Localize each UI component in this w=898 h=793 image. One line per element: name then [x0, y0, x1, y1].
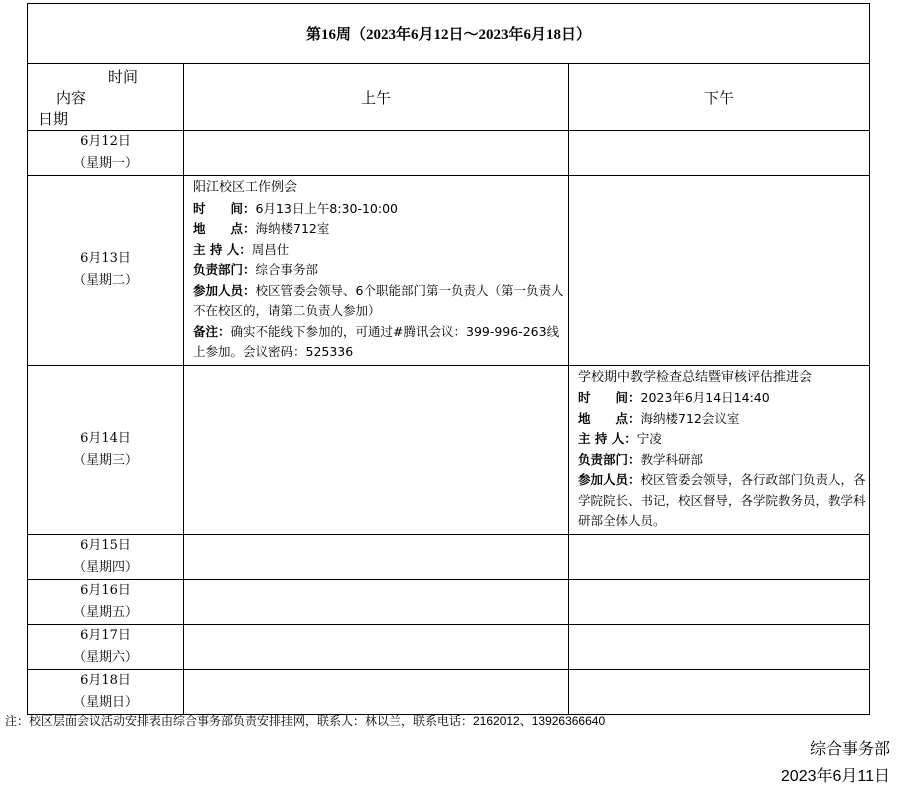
- event-time: 6月13日上午8:30-10:00: [256, 201, 398, 216]
- header-date-label: 日期: [38, 108, 68, 129]
- date: 6月14日: [28, 428, 183, 450]
- afternoon-cell: [569, 176, 870, 366]
- header-content-label: 内容: [56, 87, 86, 108]
- date: 6月17日: [28, 625, 183, 647]
- field-label: 时 间：: [578, 390, 641, 405]
- date: 6月13日: [28, 248, 183, 270]
- date-cell: 6月13日（星期二）: [28, 176, 184, 366]
- event-title: 学校期中教学检查总结暨审核评估推进会: [578, 368, 869, 389]
- morning-cell: [184, 534, 569, 579]
- date: 6月16日: [28, 580, 183, 602]
- date: 6月15日: [28, 535, 183, 557]
- table-row: 6月14日（星期三） 学校期中教学检查总结暨审核评估推进会 时 间：2023年6…: [28, 365, 870, 534]
- event-place: 海纳楼712会议室: [641, 411, 740, 426]
- field-label: 参加人员：: [578, 472, 641, 487]
- field-label: 主 持 人：: [193, 242, 252, 257]
- date-cell: 6月14日（星期三）: [28, 365, 184, 534]
- date-cell: 6月15日（星期四）: [28, 534, 184, 579]
- event-title: 阳江校区工作例会: [193, 178, 568, 199]
- field-label: 时 间：: [193, 201, 256, 216]
- event-dept: 综合事务部: [256, 262, 319, 277]
- field-label: 参加人员：: [193, 283, 256, 298]
- afternoon-cell: [569, 669, 870, 714]
- header-morning: 上午: [184, 64, 569, 131]
- afternoon-cell: [569, 624, 870, 669]
- event-time: 2023年6月14日14:40: [641, 390, 770, 405]
- schedule-table: 第16周（2023年6月12日～2023年6月18日） 时间 内容 日期 上午 …: [27, 3, 870, 715]
- event-host: 周昌仕: [252, 242, 290, 257]
- morning-cell: [184, 624, 569, 669]
- event-tue-morning: 阳江校区工作例会 时 间：6月13日上午8:30-10:00 地 点：海纳楼71…: [184, 176, 569, 366]
- event-wed-afternoon: 学校期中教学检查总结暨审核评估推进会 时 间：2023年6月14日14:40 地…: [569, 365, 870, 534]
- weekday: （星期日）: [28, 692, 183, 714]
- afternoon-cell: [569, 131, 870, 176]
- weekday: （星期三）: [28, 450, 183, 472]
- afternoon-cell: [569, 579, 870, 624]
- event-dept: 教学科研部: [641, 452, 704, 467]
- table-row: 6月17日（星期六）: [28, 624, 870, 669]
- event-remark: 确实不能线下参加的，可通过#腾讯会议：399-996-263线上参加。会议密码：…: [193, 324, 559, 360]
- schedule-title: 第16周（2023年6月12日～2023年6月18日）: [28, 4, 870, 64]
- table-row: 6月13日（星期二） 阳江校区工作例会 时 间：6月13日上午8:30-10:0…: [28, 176, 870, 366]
- table-row: 6月15日（星期四）: [28, 534, 870, 579]
- weekday: （星期四）: [28, 557, 183, 579]
- field-label: 负责部门：: [193, 262, 256, 277]
- issuer: 综合事务部: [810, 736, 890, 759]
- date-cell: 6月17日（星期六）: [28, 624, 184, 669]
- date-cell: 6月18日（星期日）: [28, 669, 184, 714]
- header-time-label: 时间: [108, 66, 138, 87]
- weekday: （星期一）: [28, 153, 183, 175]
- date: 6月18日: [28, 670, 183, 692]
- event-host: 宁凌: [637, 431, 662, 446]
- field-label: 备注：: [193, 324, 231, 339]
- field-label: 负责部门：: [578, 452, 641, 467]
- date: 6月12日: [28, 131, 183, 153]
- table-row: 6月18日（星期日）: [28, 669, 870, 714]
- header-diagonal-cell: 时间 内容 日期: [28, 64, 184, 131]
- table-row: 6月16日（星期五）: [28, 579, 870, 624]
- morning-cell: [184, 669, 569, 714]
- table-row: 6月12日（星期一）: [28, 131, 870, 176]
- weekday: （星期五）: [28, 602, 183, 624]
- event-place: 海纳楼712室: [256, 221, 330, 236]
- date-cell: 6月16日（星期五）: [28, 579, 184, 624]
- weekday: （星期二）: [28, 270, 183, 292]
- date-cell: 6月12日（星期一）: [28, 131, 184, 176]
- field-label: 主 持 人：: [578, 431, 637, 446]
- issue-date: 2023年6月11日: [781, 763, 890, 786]
- header-afternoon: 下午: [569, 64, 870, 131]
- morning-cell: [184, 365, 569, 534]
- morning-cell: [184, 579, 569, 624]
- morning-cell: [184, 131, 569, 176]
- footer-note: 注：校区层面会议活动安排表由综合事务部负责安排挂网，联系人：林以兰，联系电话：2…: [5, 712, 605, 729]
- weekday: （星期六）: [28, 647, 183, 669]
- field-label: 地 点：: [193, 221, 256, 236]
- afternoon-cell: [569, 534, 870, 579]
- field-label: 地 点：: [578, 411, 641, 426]
